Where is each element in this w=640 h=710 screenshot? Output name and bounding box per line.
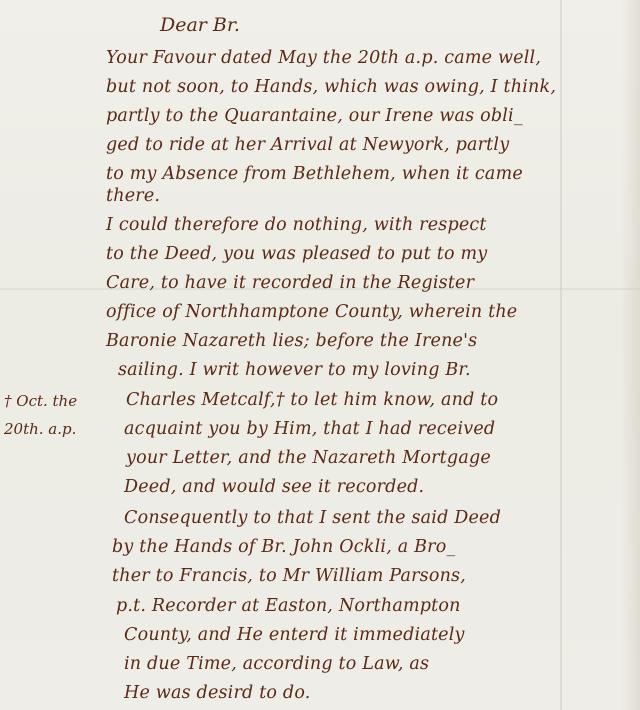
letter-line: He was desird to do. (124, 683, 311, 703)
margin-note-line-2: 20th. a.p. (4, 420, 76, 438)
letter-line: I could therefore do nothing, with respe… (106, 215, 487, 235)
letter-line: office of Northhamptone County, wherein … (106, 302, 517, 322)
letter-line: ged to ride at her Arrival at Newyork, p… (106, 135, 509, 155)
margin-note-line-1: † Oct. the (4, 392, 77, 410)
letter-line: to the Deed, you was pleased to put to m… (106, 244, 487, 264)
letter-page: Dear Br. Your Favour dated May the 20th … (0, 0, 640, 710)
letter-line: your Letter, and the Nazareth Mortgage (126, 448, 491, 468)
letter-line: Deed, and would see it recorded. (124, 477, 424, 497)
letter-line: acquaint you by Him, that I had received (124, 419, 495, 439)
letter-line: p.t. Recorder at Easton, Northampton (116, 596, 461, 616)
salutation: Dear Br. (160, 14, 240, 36)
letter-line: Baronie Nazareth lies; before the Irene'… (106, 331, 477, 351)
letter-line: Care, to have it recorded in the Registe… (106, 273, 474, 293)
letter-line: sailing. I writ however to my loving Br. (118, 360, 471, 380)
letter-line: in due Time, according to Law, as (124, 654, 429, 674)
letter-line: to my Absence from Bethlehem, when it ca… (106, 164, 523, 184)
letter-line: Your Favour dated May the 20th a.p. came… (106, 48, 541, 68)
letter-line: Consequently to that I sent the said Dee… (124, 508, 501, 528)
letter-line: there. (106, 186, 160, 206)
letter-line: but not soon, to Hands, which was owing,… (106, 77, 556, 97)
paper-fold-vertical (560, 0, 562, 710)
letter-line: Charles Metcalf,† to let him know, and t… (126, 390, 498, 410)
letter-line: by the Hands of Br. John Ockli, a Bro_ (112, 537, 455, 557)
letter-line: County, and He enterd it immediately (124, 625, 465, 645)
letter-line: ther to Francis, to Mr William Parsons, (112, 566, 466, 586)
letter-line: partly to the Quarantaine, our Irene was… (106, 106, 523, 126)
